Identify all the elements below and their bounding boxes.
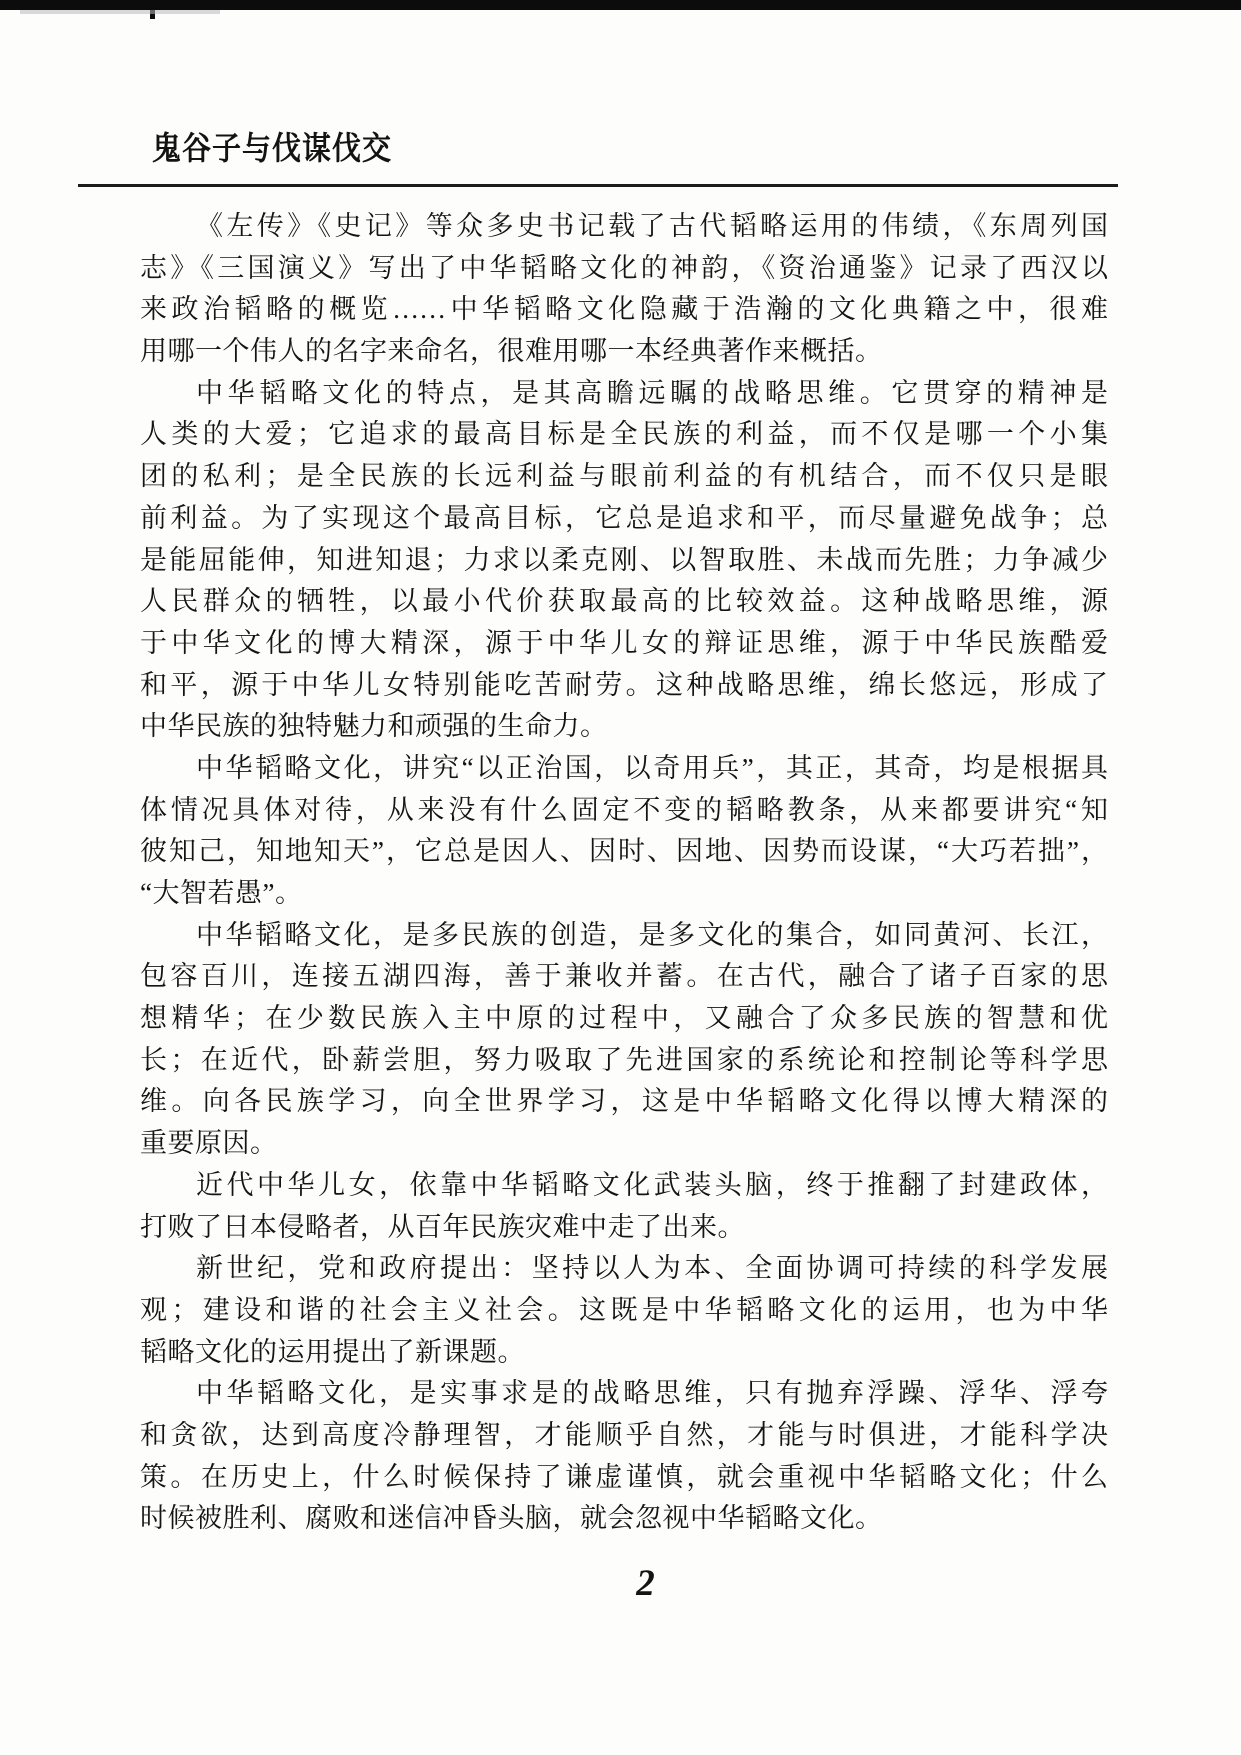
text-line: 包容百川，连接五湖四海，善于兼收并蓄。在古代，融合了诸子百家的思 [140,956,1108,998]
text-line: 中华韬略文化，是多民族的创造，是多文化的集合，如同黄河、长江， [140,915,1108,957]
text-line: 中华韬略文化的特点，是其高瞻远瞩的战略思维。它贯穿的精神是 [140,373,1108,415]
text-line: 和平，源于中华儿女特别能吃苦耐劳。这种战略思维，绵长悠远，形成了 [140,665,1108,707]
page-number: 2 [0,1562,1241,1605]
text-line: 时候被胜利、腐败和迷信冲昏头脑，就会忽视中华韬略文化。 [140,1498,1108,1540]
text-line: 来政治韬略的概览……中华韬略文化隐藏于浩瀚的文化典籍之中，很难 [140,289,1108,331]
text-line: 打败了日本侵略者，从百年民族灾难中走了出来。 [140,1207,1108,1249]
text-line: 用哪一个伟人的名字来命名，很难用哪一本经典著作来概括。 [140,331,1108,373]
text-line: 策。在历史上，什么时候保持了谦虚谨慎，就会重视中华韬略文化；什么 [140,1457,1108,1499]
scan-artifact-smudge [20,10,220,14]
text-line: 体情况具体对待，从来没有什么固定不变的韬略教条，从来都要讲究“知 [140,790,1108,832]
text-line: 于中华文化的博大精深，源于中华儿女的辩证思维，源于中华民族酷爱 [140,623,1108,665]
text-line: 人类的大爱；它追求的最高目标是全民族的利益，而不仅是哪一个小集 [140,414,1108,456]
text-line: 维。向各民族学习，向全世界学习，这是中华韬略文化得以博大精深的 [140,1081,1108,1123]
text-line: 和贪欲，达到高度冷静理智，才能顺乎自然，才能与时俱进，才能科学决 [140,1415,1108,1457]
text-line: 重要原因。 [140,1123,1108,1165]
text-line: 韬略文化的运用提出了新课题。 [140,1332,1108,1374]
text-line: 新世纪，党和政府提出：坚持以人为本、全面协调可持续的科学发展 [140,1248,1108,1290]
running-header-title: 鬼谷子与伐谋伐交 [152,124,392,169]
text-line: 近代中华儿女，依靠中华韬略文化武装头脑，终于推翻了封建政体， [140,1165,1108,1207]
text-line: 人民群众的牺牲，以最小代价获取最高的比较效益。这种战略思维，源 [140,581,1108,623]
text-line: 彼知己，知地知天”，它总是因人、因时、因地、因势而设谋，“大巧若拙”， [140,831,1108,873]
text-line: “大智若愚”。 [140,873,1108,915]
text-line: 中华韬略文化，是实事求是的战略思维，只有抛弃浮躁、浮华、浮夸 [140,1373,1108,1415]
page-body-text: 《左传》《史记》等众多史书记载了古代韬略运用的伟绩，《东周列国 志》《三国演义》… [140,206,1108,1540]
text-line: 志》《三国演义》写出了中华韬略文化的神韵，《资治通鉴》记录了西汉以 [140,248,1108,290]
scan-artifact-bar [0,0,1241,10]
text-line: 长；在近代，卧薪尝胆，努力吸取了先进国家的系统论和控制论等科学思 [140,1040,1108,1082]
text-line: 想精华；在少数民族入主中原的过程中，又融合了众多民族的智慧和优 [140,998,1108,1040]
header-rule [78,184,1118,187]
text-line: 团的私利；是全民族的长远利益与眼前利益的有机结合，而不仅只是眼 [140,456,1108,498]
text-line: 《左传》《史记》等众多史书记载了古代韬略运用的伟绩，《东周列国 [140,206,1108,248]
text-line: 是能屈能伸，知进知退；力求以柔克刚、以智取胜、未战而先胜；力争减少 [140,540,1108,582]
text-line: 观；建设和谐的社会主义社会。这既是中华韬略文化的运用，也为中华 [140,1290,1108,1332]
text-line: 中华民族的独特魅力和顽强的生命力。 [140,706,1108,748]
text-line: 前利益。为了实现这个最高目标，它总是追求和平，而尽量避免战争；总 [140,498,1108,540]
text-line: 中华韬略文化，讲究“以正治国，以奇用兵”，其正，其奇，均是根据具 [140,748,1108,790]
